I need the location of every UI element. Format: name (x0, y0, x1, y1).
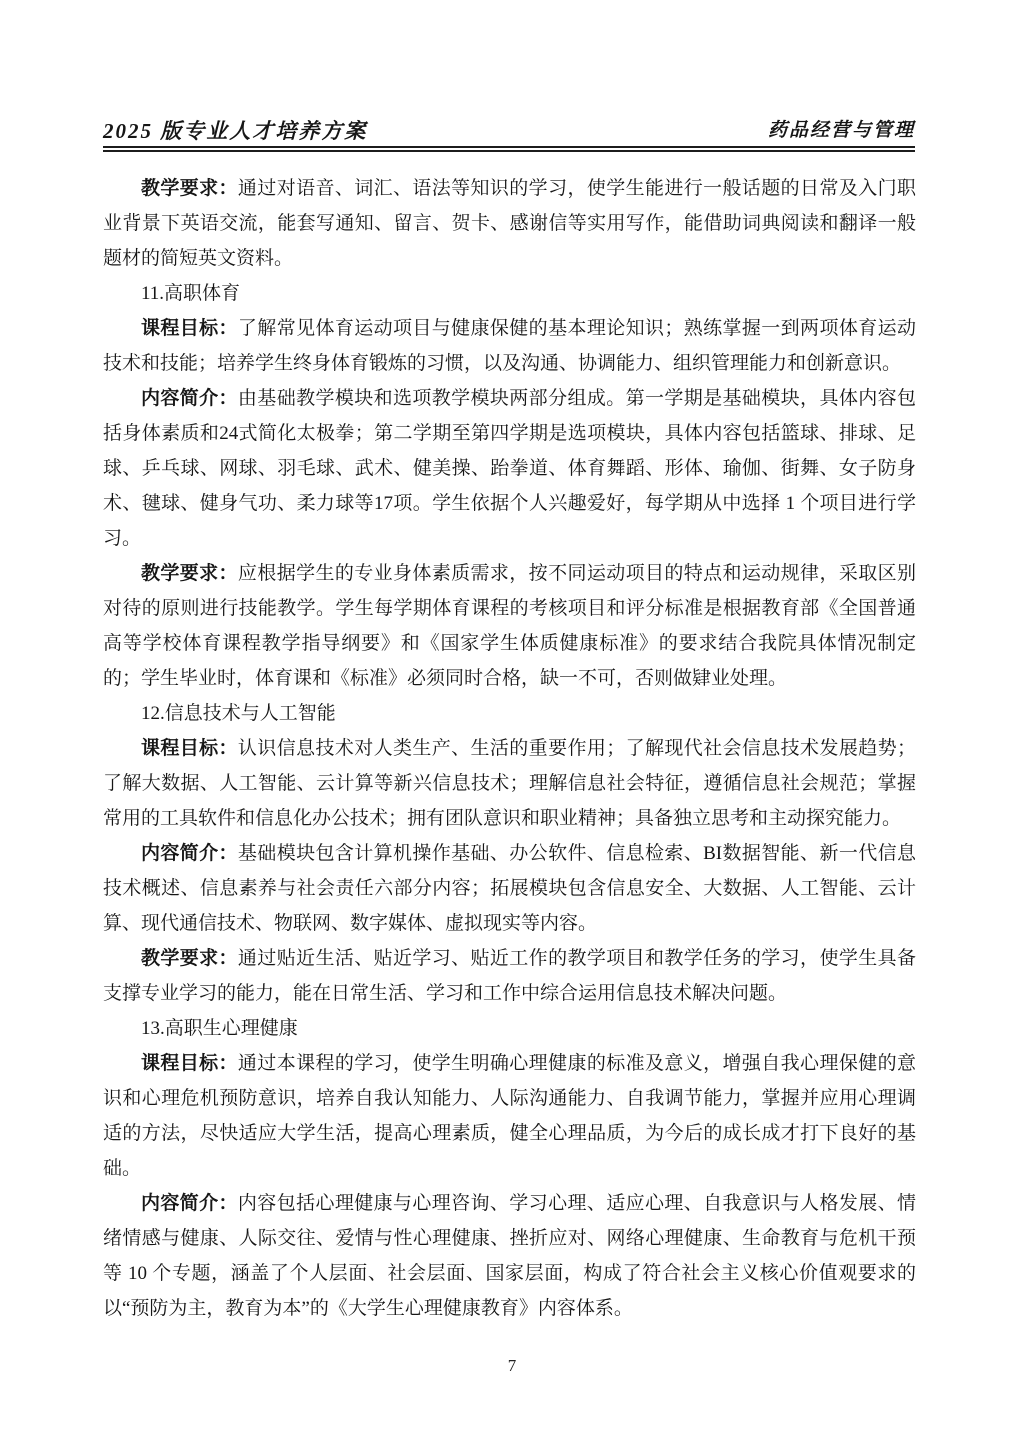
paragraph-teaching-req-it: 教学要求：通过贴近生活、贴近学习、贴近工作的教学项目和教学任务的学习，使学生具备… (103, 941, 916, 1011)
paragraph-teaching-req-english: 教学要求：通过对语音、词汇、语法等知识的学习，使学生能进行一般话题的日常及入门职… (103, 171, 916, 276)
paragraph-label: 教学要求： (141, 948, 238, 969)
header-left-title: 2025 版专业人才培养方案 (103, 118, 367, 144)
paragraph-content-intro-pe: 内容简介：由基础教学模块和选项教学模块两部分组成。第一学期是基础模块，具体内容包… (103, 381, 916, 556)
paragraph-label: 课程目标： (141, 1053, 238, 1074)
section-heading-psych: 13.高职生心理健康 (103, 1011, 916, 1046)
paragraph-label: 教学要求： (141, 563, 238, 584)
paragraph-text: 由基础教学模块和选项教学模块两部分组成。第一学期是基础模块，具体内容包括身体素质… (103, 388, 916, 549)
paragraph-label: 内容简介： (141, 843, 238, 864)
document-body: 教学要求：通过对语音、词汇、语法等知识的学习，使学生能进行一般话题的日常及入门职… (103, 171, 916, 1326)
paragraph-teaching-req-pe: 教学要求：应根据学生的专业身体素质需求，按不同运动项目的特点和运动规律，采取区别… (103, 556, 916, 696)
header-right-title: 药品经营与管理 (768, 118, 915, 144)
paragraph-course-goal-pe: 课程目标：了解常见体育运动项目与健康保健的基本理论知识；熟练掌握一到两项体育运动… (103, 311, 916, 381)
section-heading-it-ai: 12.信息技术与人工智能 (103, 696, 916, 731)
page-footer: 7 (0, 1352, 1024, 1380)
page-number: 7 (508, 1356, 517, 1375)
paragraph-label: 课程目标： (141, 318, 238, 339)
paragraph-label: 内容简介： (141, 1193, 238, 1214)
page-header: 2025 版专业人才培养方案 药品经营与管理 (103, 118, 915, 144)
paragraph-label: 内容简介： (141, 388, 238, 409)
paragraph-course-goal-it: 课程目标：认识信息技术对人类生产、生活的重要作用；了解现代社会信息技术发展趋势；… (103, 731, 916, 836)
section-heading-pe: 11.高职体育 (103, 276, 916, 311)
header-rule (103, 146, 915, 152)
paragraph-label: 教学要求： (141, 178, 238, 199)
paragraph-content-intro-psych: 内容简介：内容包括心理健康与心理咨询、学习心理、适应心理、自我意识与人格发展、情… (103, 1186, 916, 1326)
paragraph-label: 课程目标： (141, 738, 238, 759)
paragraph-course-goal-psych: 课程目标：通过本课程的学习，使学生明确心理健康的标准及意义，增强自我心理保健的意… (103, 1046, 916, 1186)
document-page: 2025 版专业人才培养方案 药品经营与管理 教学要求：通过对语音、词汇、语法等… (0, 0, 1024, 1448)
paragraph-content-intro-it: 内容简介：基础模块包含计算机操作基础、办公软件、信息检索、BI数据智能、新一代信… (103, 836, 916, 941)
